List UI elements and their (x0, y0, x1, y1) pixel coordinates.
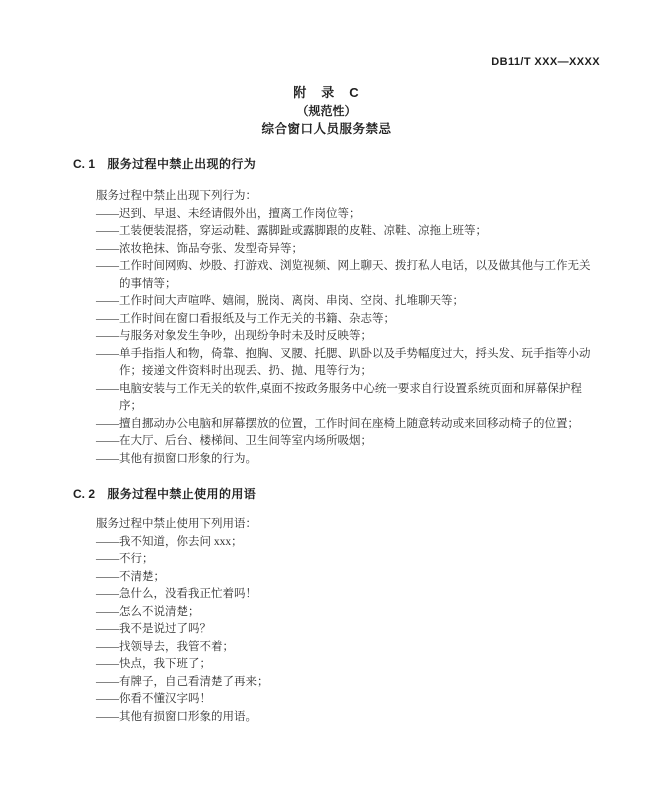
prohibited-behavior-item: ——工作时间大声喧哗、嬉闹，脱岗、离岗、串岗、空岗、扎堆聊天等； (96, 293, 592, 311)
prohibited-phrase-item: ——你看不懂汉字吗！ (96, 691, 592, 709)
prohibited-phrase-item: ——不行； (96, 551, 592, 569)
title-block: 附 录 C （规范性） 综合窗口人员服务禁忌 (0, 84, 653, 138)
normative-label: （规范性） (0, 102, 653, 120)
section-c2-label: C. 2 (73, 486, 95, 502)
prohibited-phrase-item: ——不清楚； (96, 569, 592, 587)
prohibited-phrase-item: ——我不是说过了吗？ (96, 621, 592, 639)
appendix-label: 附 录 C (0, 84, 653, 102)
section-c1-intro: 服务过程中禁止出现下列行为： (96, 188, 592, 206)
prohibited-behavior-item: ——与服务对象发生争吵，出现纷争时未及时反映等； (96, 328, 592, 346)
prohibited-behavior-item: ——电脑安装与工作无关的软件,桌面不按政务服务中心统一要求自行设置系统页面和屏幕… (96, 381, 592, 416)
prohibited-behavior-item: ——浓妆艳抹、饰品夸张、发型奇异等； (96, 241, 592, 259)
prohibited-phrase-item: ——怎么不说清楚； (96, 604, 592, 622)
section-c2-heading: C. 2 服务过程中禁止使用的用语 (73, 486, 256, 502)
prohibited-phrase-item: ——找领导去，我管不着； (96, 639, 592, 657)
prohibited-phrase-item: ——我不知道，你去问 xxx； (96, 534, 592, 552)
prohibited-phrase-item: ——其他有损窗口形象的用语。 (96, 709, 592, 727)
prohibited-phrase-item: ——快点，我下班了； (96, 656, 592, 674)
section-c2-intro: 服务过程中禁止使用下列用语： (96, 516, 592, 534)
prohibited-behavior-item: ——工装便装混搭，穿运动鞋、露脚趾或露脚跟的皮鞋、凉鞋、凉拖上班等； (96, 223, 592, 241)
prohibited-behavior-item: ——在大厅、后台、楼梯间、卫生间等室内场所吸烟； (96, 433, 592, 451)
prohibited-behavior-item: ——其他有损窗口形象的行为。 (96, 451, 592, 469)
prohibited-phrase-item: ——有牌子，自己看清楚了再来； (96, 674, 592, 692)
section-c1-label: C. 1 (73, 156, 95, 172)
prohibited-behavior-item: ——工作时间网购、炒股、打游戏、浏览视频、网上聊天、拨打私人电话，以及做其他与工… (96, 258, 592, 293)
prohibited-behavior-item: ——迟到、早退、未经请假外出，擅离工作岗位等； (96, 206, 592, 224)
doc-number: DB11/T XXX—XXXX (491, 56, 600, 68)
appendix-title: 综合窗口人员服务禁忌 (0, 120, 653, 138)
section-c1-heading-text: 服务过程中禁止出现的行为 (107, 156, 256, 172)
prohibited-behavior-item: ——单手指指人和物，倚靠、抱胸、叉腰、托腮、趴卧以及手势幅度过大，捋头发、玩手指… (96, 346, 592, 381)
section-c1-body: 服务过程中禁止出现下列行为： ——迟到、早退、未经请假外出，擅离工作岗位等； —… (96, 188, 592, 468)
prohibited-behavior-item: ——擅自挪动办公电脑和屏幕摆放的位置，工作时间在座椅上随意转动或来回移动椅子的位… (96, 416, 592, 434)
prohibited-behavior-item: ——工作时间在窗口看报纸及与工作无关的书籍、杂志等； (96, 311, 592, 329)
prohibited-phrase-item: ——急什么，没看我正忙着吗！ (96, 586, 592, 604)
section-c1-heading: C. 1 服务过程中禁止出现的行为 (73, 156, 256, 172)
section-c2-heading-text: 服务过程中禁止使用的用语 (107, 486, 256, 502)
section-c2-body: 服务过程中禁止使用下列用语： ——我不知道，你去问 xxx； ——不行； ——不… (96, 516, 592, 726)
document-page: DB11/T XXX—XXXX 附 录 C （规范性） 综合窗口人员服务禁忌 C… (0, 0, 653, 786)
